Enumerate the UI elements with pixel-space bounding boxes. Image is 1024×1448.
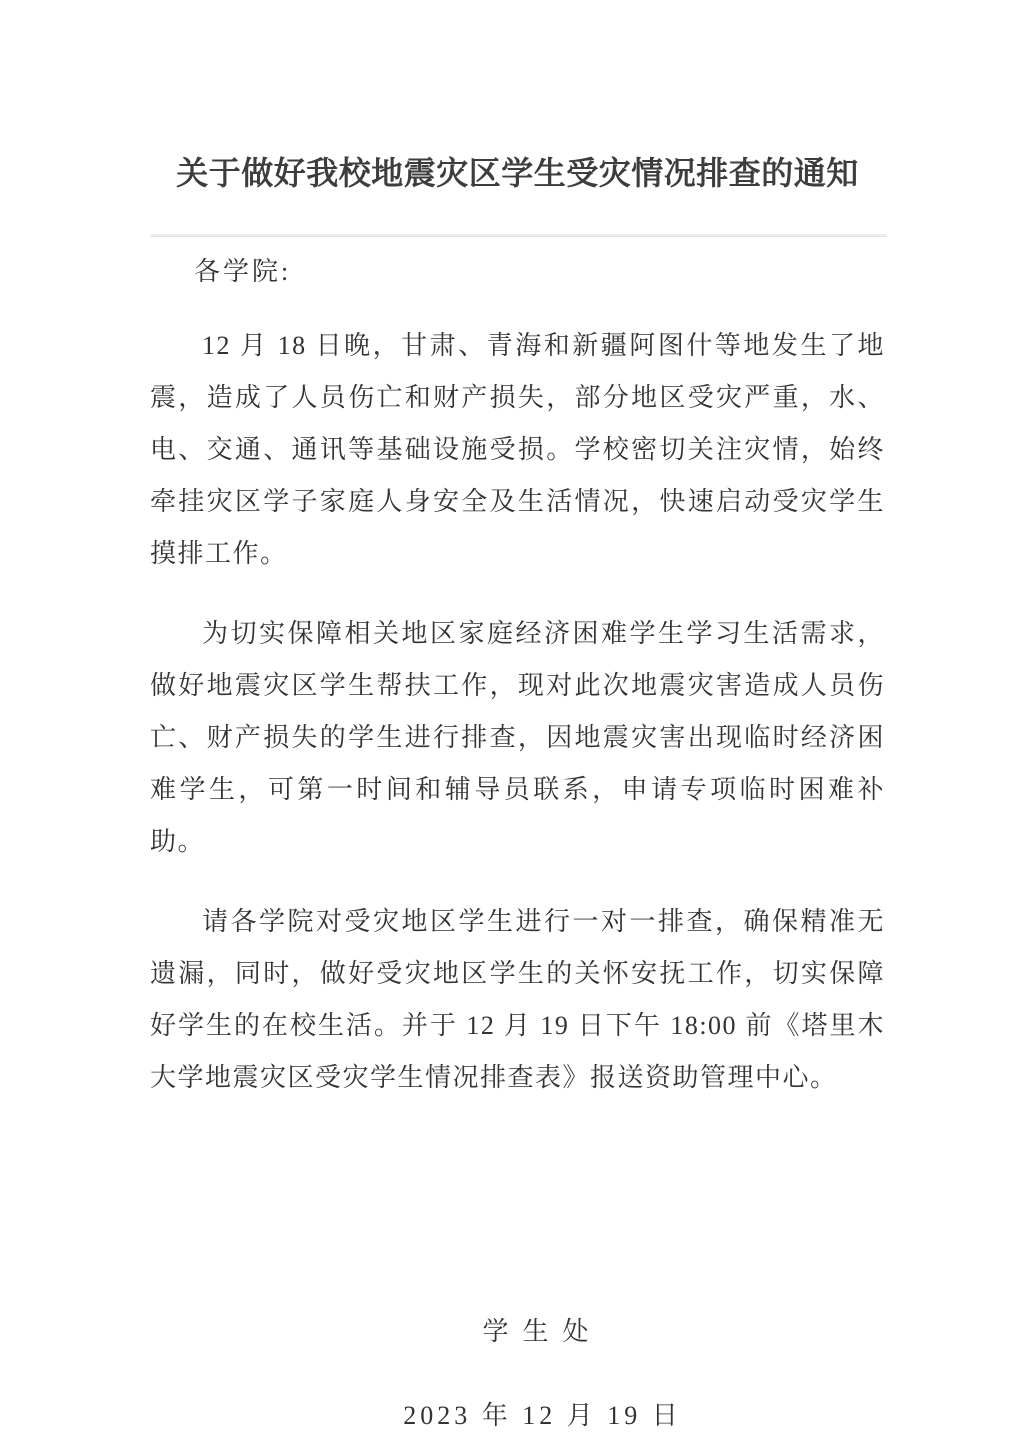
body-paragraph-1: 12 月 18 日晚，甘肃、青海和新疆阿图什等地发生了地震，造成了人员伤亡和财产… (150, 320, 885, 580)
document-content: 关于做好我校地震灾区学生受灾情况排查的通知 各学院: 12 月 18 日晚，甘肃… (150, 150, 885, 1434)
salutation: 各学院: (150, 252, 885, 292)
date: 2023 年 12 月 19 日 (175, 1398, 910, 1434)
body-paragraph-2: 为切实保障相关地区家庭经济困难学生学习生活需求，做好地震灾区学生帮扶工作，现对此… (150, 608, 885, 868)
signature: 学生处 (175, 1314, 910, 1350)
title-divider (150, 234, 887, 237)
body-paragraph-3: 请各学院对受灾地区学生进行一对一排查，确保精准无遗漏，同时，做好受灾地区学生的关… (150, 896, 885, 1104)
page-title: 关于做好我校地震灾区学生受灾情况排查的通知 (150, 150, 885, 196)
document-page: 关于做好我校地震灾区学生受灾情况排查的通知 各学院: 12 月 18 日晚，甘肃… (0, 0, 1024, 1448)
signature-block: 学生处 2023 年 12 月 19 日 (175, 1314, 910, 1434)
